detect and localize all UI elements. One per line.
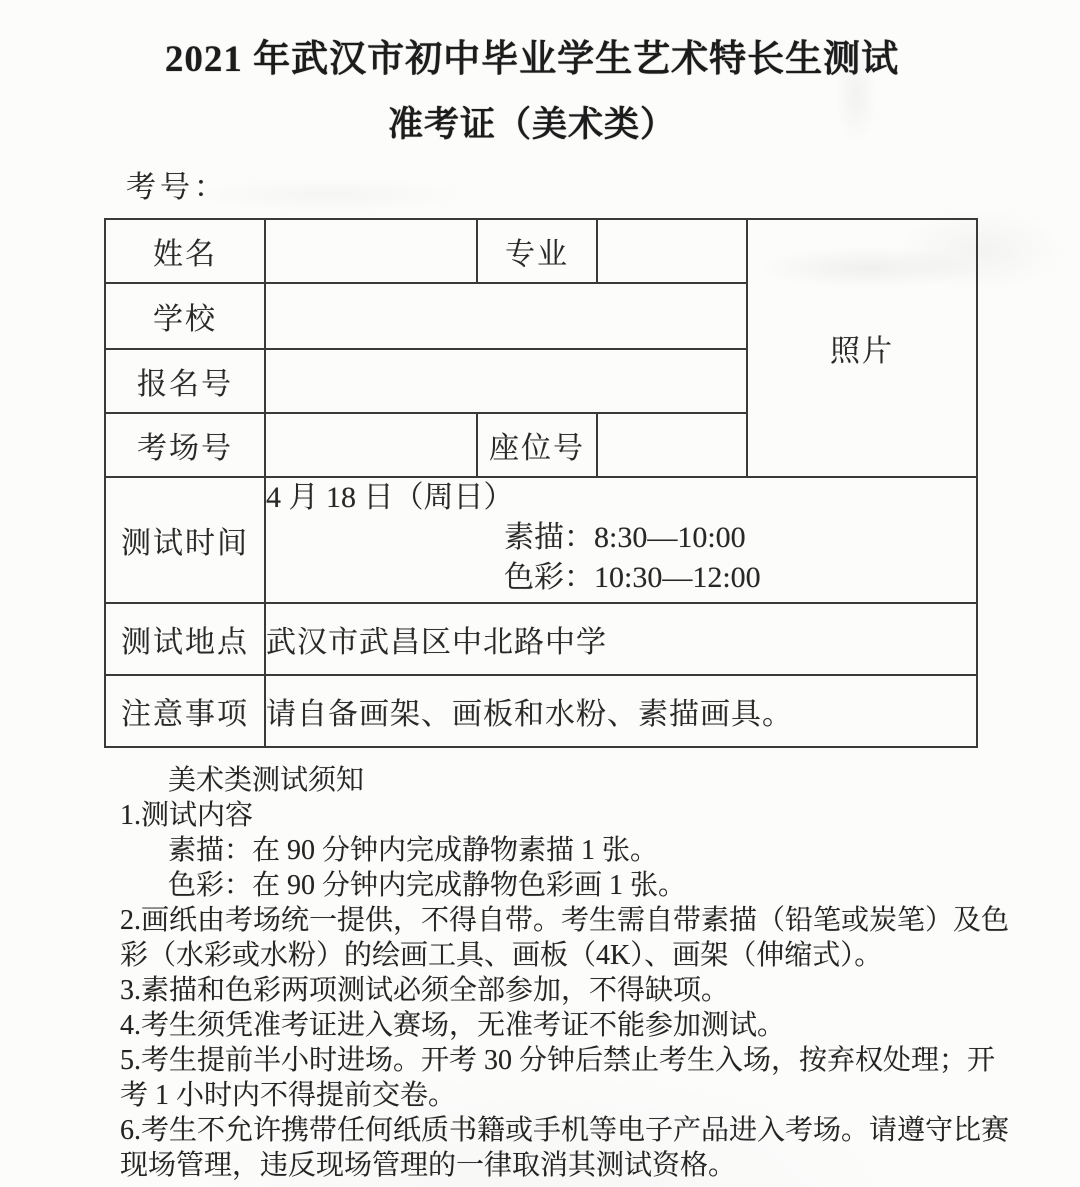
notice-line-10: 6.考生不允许携带任何纸质书籍或手机等电子产品进入考场。请遵守比赛 <box>120 1113 980 1148</box>
notice-line-5: 彩（水彩或水粉）的绘画工具、画板（4K）、画架（伸缩式）。 <box>120 938 980 973</box>
notice-line-7: 4.考生须凭准考证进入赛场，无准考证不能参加测试。 <box>120 1008 980 1043</box>
table-row-location: 测试地点 武汉市武昌区中北路中学 <box>105 603 977 675</box>
admission-form-table: 姓名 专业 照片 学校 报名号 考场号 座位号 测试时间 4 月 18 日（周日… <box>104 218 978 748</box>
notes-label-cell: 注意事项 <box>105 675 265 747</box>
table-row-name: 姓名 专业 照片 <box>105 219 977 283</box>
name-value-cell <box>265 219 477 283</box>
time-date-line: 4 月 18 日（周日） <box>266 478 976 518</box>
document-subtitle: 准考证（美术类） <box>0 97 1064 147</box>
notice-line-6: 3.素描和色彩两项测试必须全部参加，不得缺项。 <box>120 973 980 1008</box>
room-label-cell: 考场号 <box>105 413 265 477</box>
notice-line-2: 素描：在 90 分钟内完成静物素描 1 张。 <box>120 833 980 868</box>
time-color-line: 色彩：10:30—12:00 <box>266 558 976 598</box>
time-sketch-line: 素描：8:30—10:00 <box>266 518 976 558</box>
photo-cell: 照片 <box>747 219 977 477</box>
time-label-cell: 测试时间 <box>105 477 265 603</box>
notice-line-11: 现场管理，违反现场管理的一律取消其测试资格。 <box>120 1148 980 1183</box>
document-title: 2021 年武汉市初中毕业学生艺术特长生测试 <box>0 28 1064 82</box>
notice-line-1: 1.测试内容 <box>120 798 980 833</box>
room-value-cell <box>265 413 477 477</box>
table-row-time: 测试时间 4 月 18 日（周日） 素描：8:30—10:00 色彩：10:30… <box>105 477 977 603</box>
school-value-cell <box>265 283 747 349</box>
major-value-cell <box>597 219 747 283</box>
name-label-cell: 姓名 <box>105 219 265 283</box>
school-label-cell: 学校 <box>105 283 265 349</box>
notice-line-9: 考 1 小时内不得提前交卷。 <box>120 1078 980 1113</box>
regno-label-cell: 报名号 <box>105 349 265 413</box>
location-value-cell: 武汉市武昌区中北路中学 <box>265 603 977 675</box>
table-row-notes: 注意事项 请自备画架、画板和水粉、素描画具。 <box>105 675 977 747</box>
location-label-cell: 测试地点 <box>105 603 265 675</box>
seat-value-cell <box>597 413 747 477</box>
seat-label-cell: 座位号 <box>477 413 597 477</box>
notice-section: 美术类测试须知 1.测试内容 素描：在 90 分钟内完成静物素描 1 张。 色彩… <box>120 763 980 1183</box>
notice-line-8: 5.考生提前半小时进场。开考 30 分钟后禁止考生入场，按弃权处理；开 <box>120 1043 980 1078</box>
notice-line-3: 色彩：在 90 分钟内完成静物色彩画 1 张。 <box>120 868 980 903</box>
time-value-cell: 4 月 18 日（周日） 素描：8:30—10:00 色彩：10:30—12:0… <box>265 477 977 603</box>
major-label-cell: 专业 <box>477 219 597 283</box>
admission-ticket-document: 2021 年武汉市初中毕业学生艺术特长生测试 准考证（美术类） 考号： 姓名 专… <box>0 0 1080 1187</box>
notes-value-cell: 请自备画架、画板和水粉、素描画具。 <box>265 675 977 747</box>
regno-value-cell <box>265 349 747 413</box>
exam-number-label: 考号： <box>126 162 228 206</box>
notice-line-4: 2.画纸由考场统一提供，不得自带。考生需自带素描（铅笔或炭笔）及色 <box>120 903 980 938</box>
notice-heading: 美术类测试须知 <box>120 763 980 798</box>
